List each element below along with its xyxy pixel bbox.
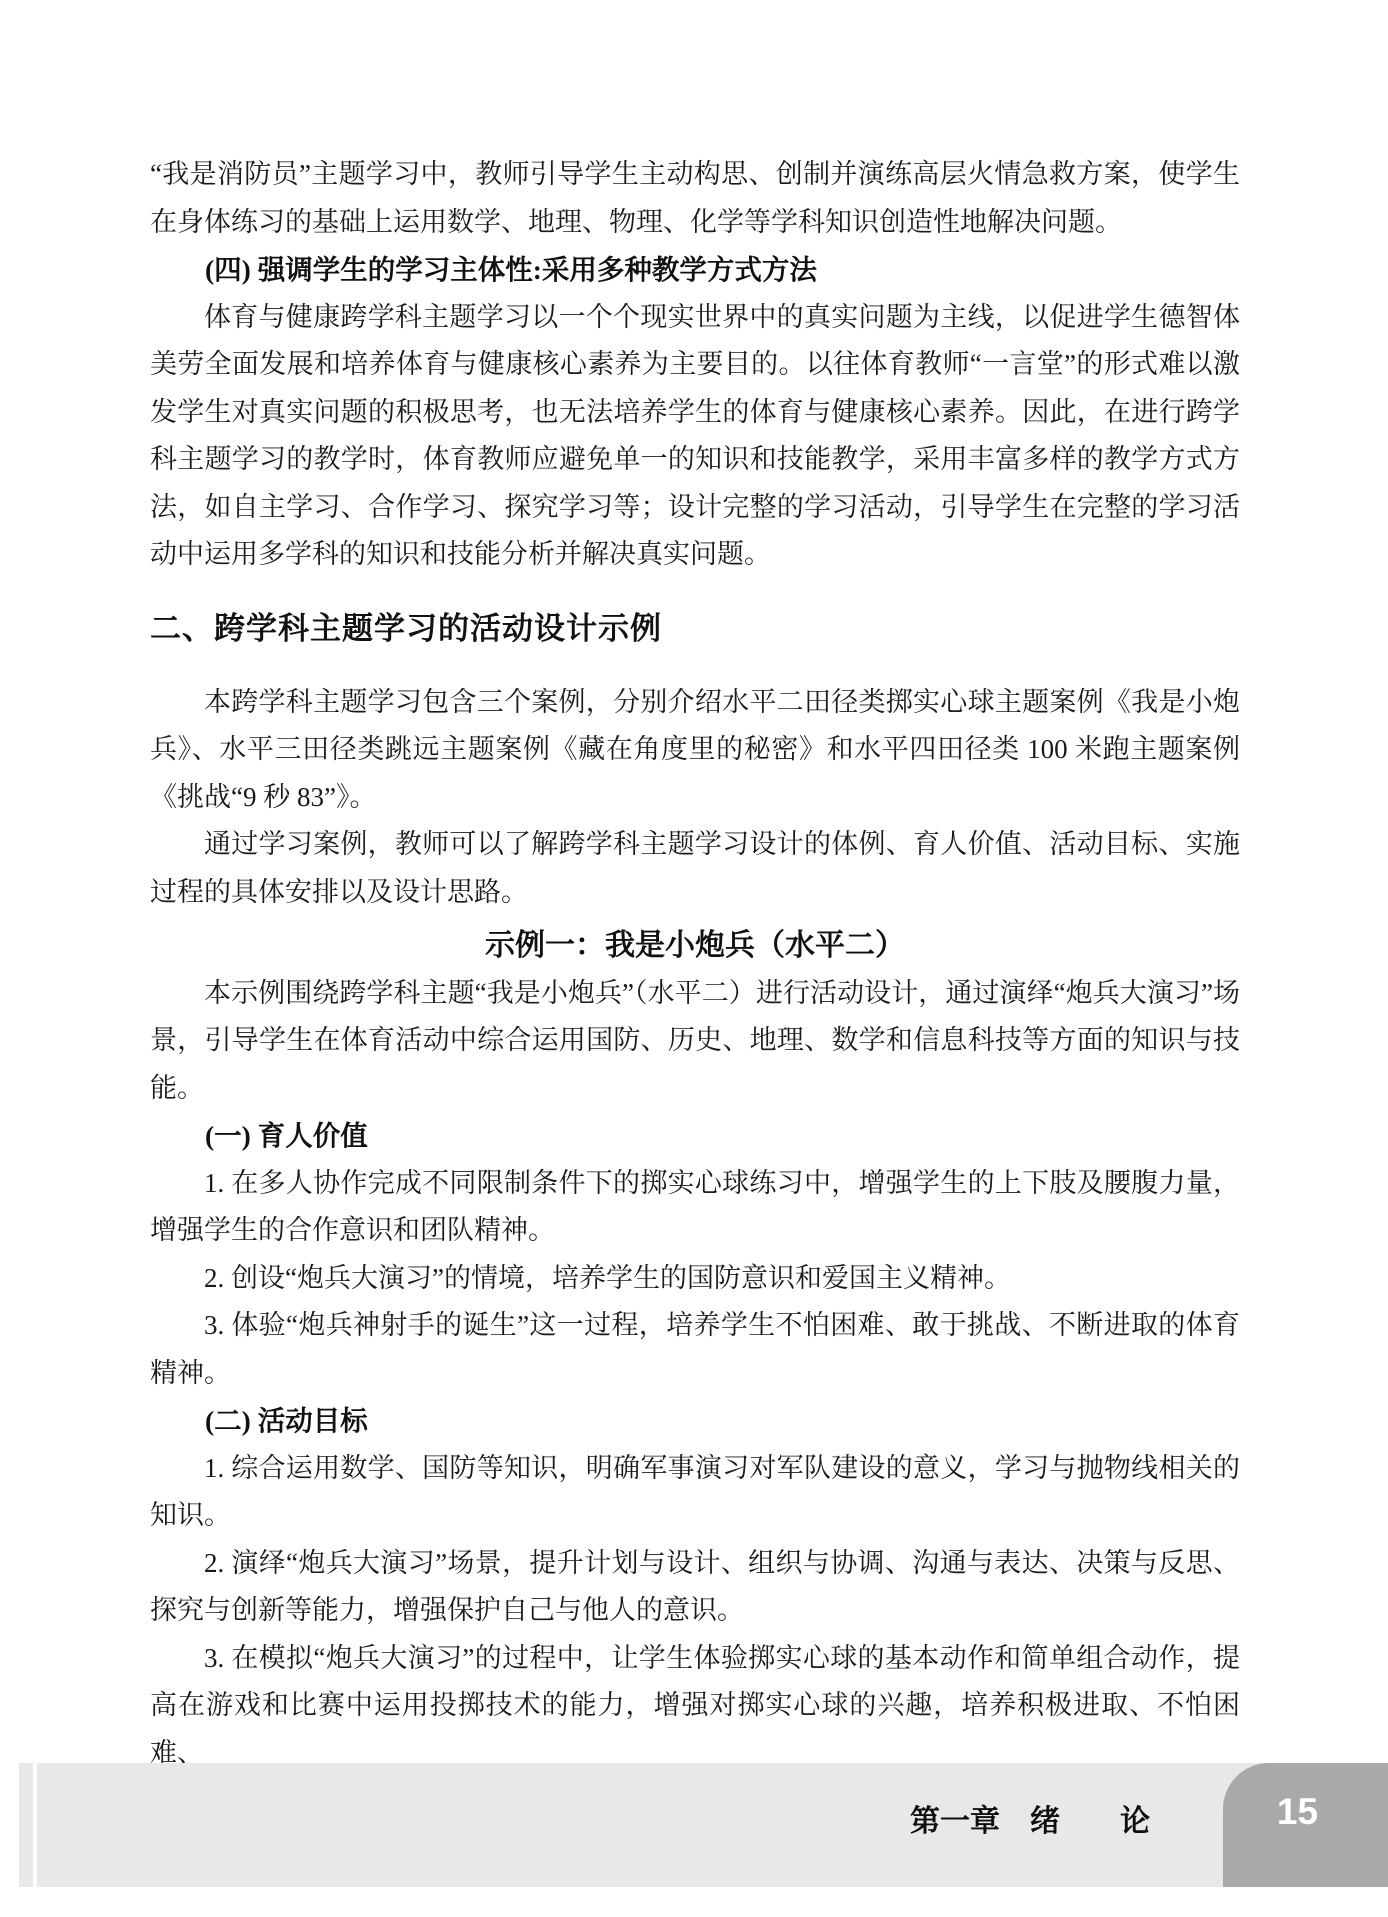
paragraph: 通过学习案例，教师可以了解跨学科主题学习设计的体例、育人价值、活动目标、实施过程… bbox=[150, 821, 1240, 916]
subsection-heading: (二) 活动目标 bbox=[150, 1397, 1240, 1445]
paragraph: 3. 体验“炮兵神射手的诞生”这一过程，培养学生不怕困难、敢于挑战、不断进取的体… bbox=[150, 1302, 1240, 1397]
page-content: “我是消防员”主题学习中，教师引导学生主动构思、创制并演练高层火情急救方案，使学… bbox=[150, 151, 1240, 1777]
subsection-heading: (四) 强调学生的学习主体性:采用多种教学方式方法 bbox=[150, 246, 1240, 294]
page-number: 15 bbox=[1215, 1791, 1380, 1833]
paragraph: 1. 在多人协作完成不同限制条件下的掷实心球练习中，增强学生的上下肢及腰腹力量，… bbox=[150, 1160, 1240, 1255]
footer-accent-strip bbox=[19, 1763, 33, 1887]
example-title: 示例一：我是小炮兵（水平二） bbox=[150, 922, 1240, 970]
paragraph: 3. 在模拟“炮兵大演习”的过程中，让学生体验掷实心球的基本动作和简单组合动作，… bbox=[150, 1635, 1240, 1778]
subsection-heading: (一) 育人价值 bbox=[150, 1112, 1240, 1160]
paragraph: “我是消防员”主题学习中，教师引导学生主动构思、创制并演练高层火情急救方案，使学… bbox=[150, 151, 1240, 246]
chapter-title: 第一章 绪 论 bbox=[910, 1796, 1150, 1840]
paragraph: 2. 创设“炮兵大演习”的情境，培养学生的国防意识和爱国主义精神。 bbox=[150, 1255, 1240, 1303]
book-page: “我是消防员”主题学习中，教师引导学生主动构思、创制并演练高层火情急救方案，使学… bbox=[0, 0, 1388, 1917]
paragraph: 2. 演绎“炮兵大演习”场景，提升计划与设计、组织与协调、沟通与表达、决策与反思… bbox=[150, 1540, 1240, 1635]
paragraph: 本示例围绕跨学科主题“我是小炮兵”（水平二）进行活动设计，通过演绎“炮兵大演习”… bbox=[150, 970, 1240, 1113]
paragraph: 体育与健康跨学科主题学习以一个个现实世界中的真实问题为主线，以促进学生德智体美劳… bbox=[150, 294, 1240, 579]
paragraph: 本跨学科主题学习包含三个案例，分别介绍水平二田径类掷实心球主题案例《我是小炮兵》… bbox=[150, 679, 1240, 822]
page-number-tab: 15 bbox=[1223, 1763, 1388, 1887]
page-footer: 第一章 绪 论 15 bbox=[37, 1763, 1388, 1887]
section-heading: 二、跨学科主题学习的活动设计示例 bbox=[150, 605, 1240, 653]
paragraph: 1. 综合运用数学、国防等知识，明确军事演习对军队建设的意义，学习与抛物线相关的… bbox=[150, 1445, 1240, 1540]
